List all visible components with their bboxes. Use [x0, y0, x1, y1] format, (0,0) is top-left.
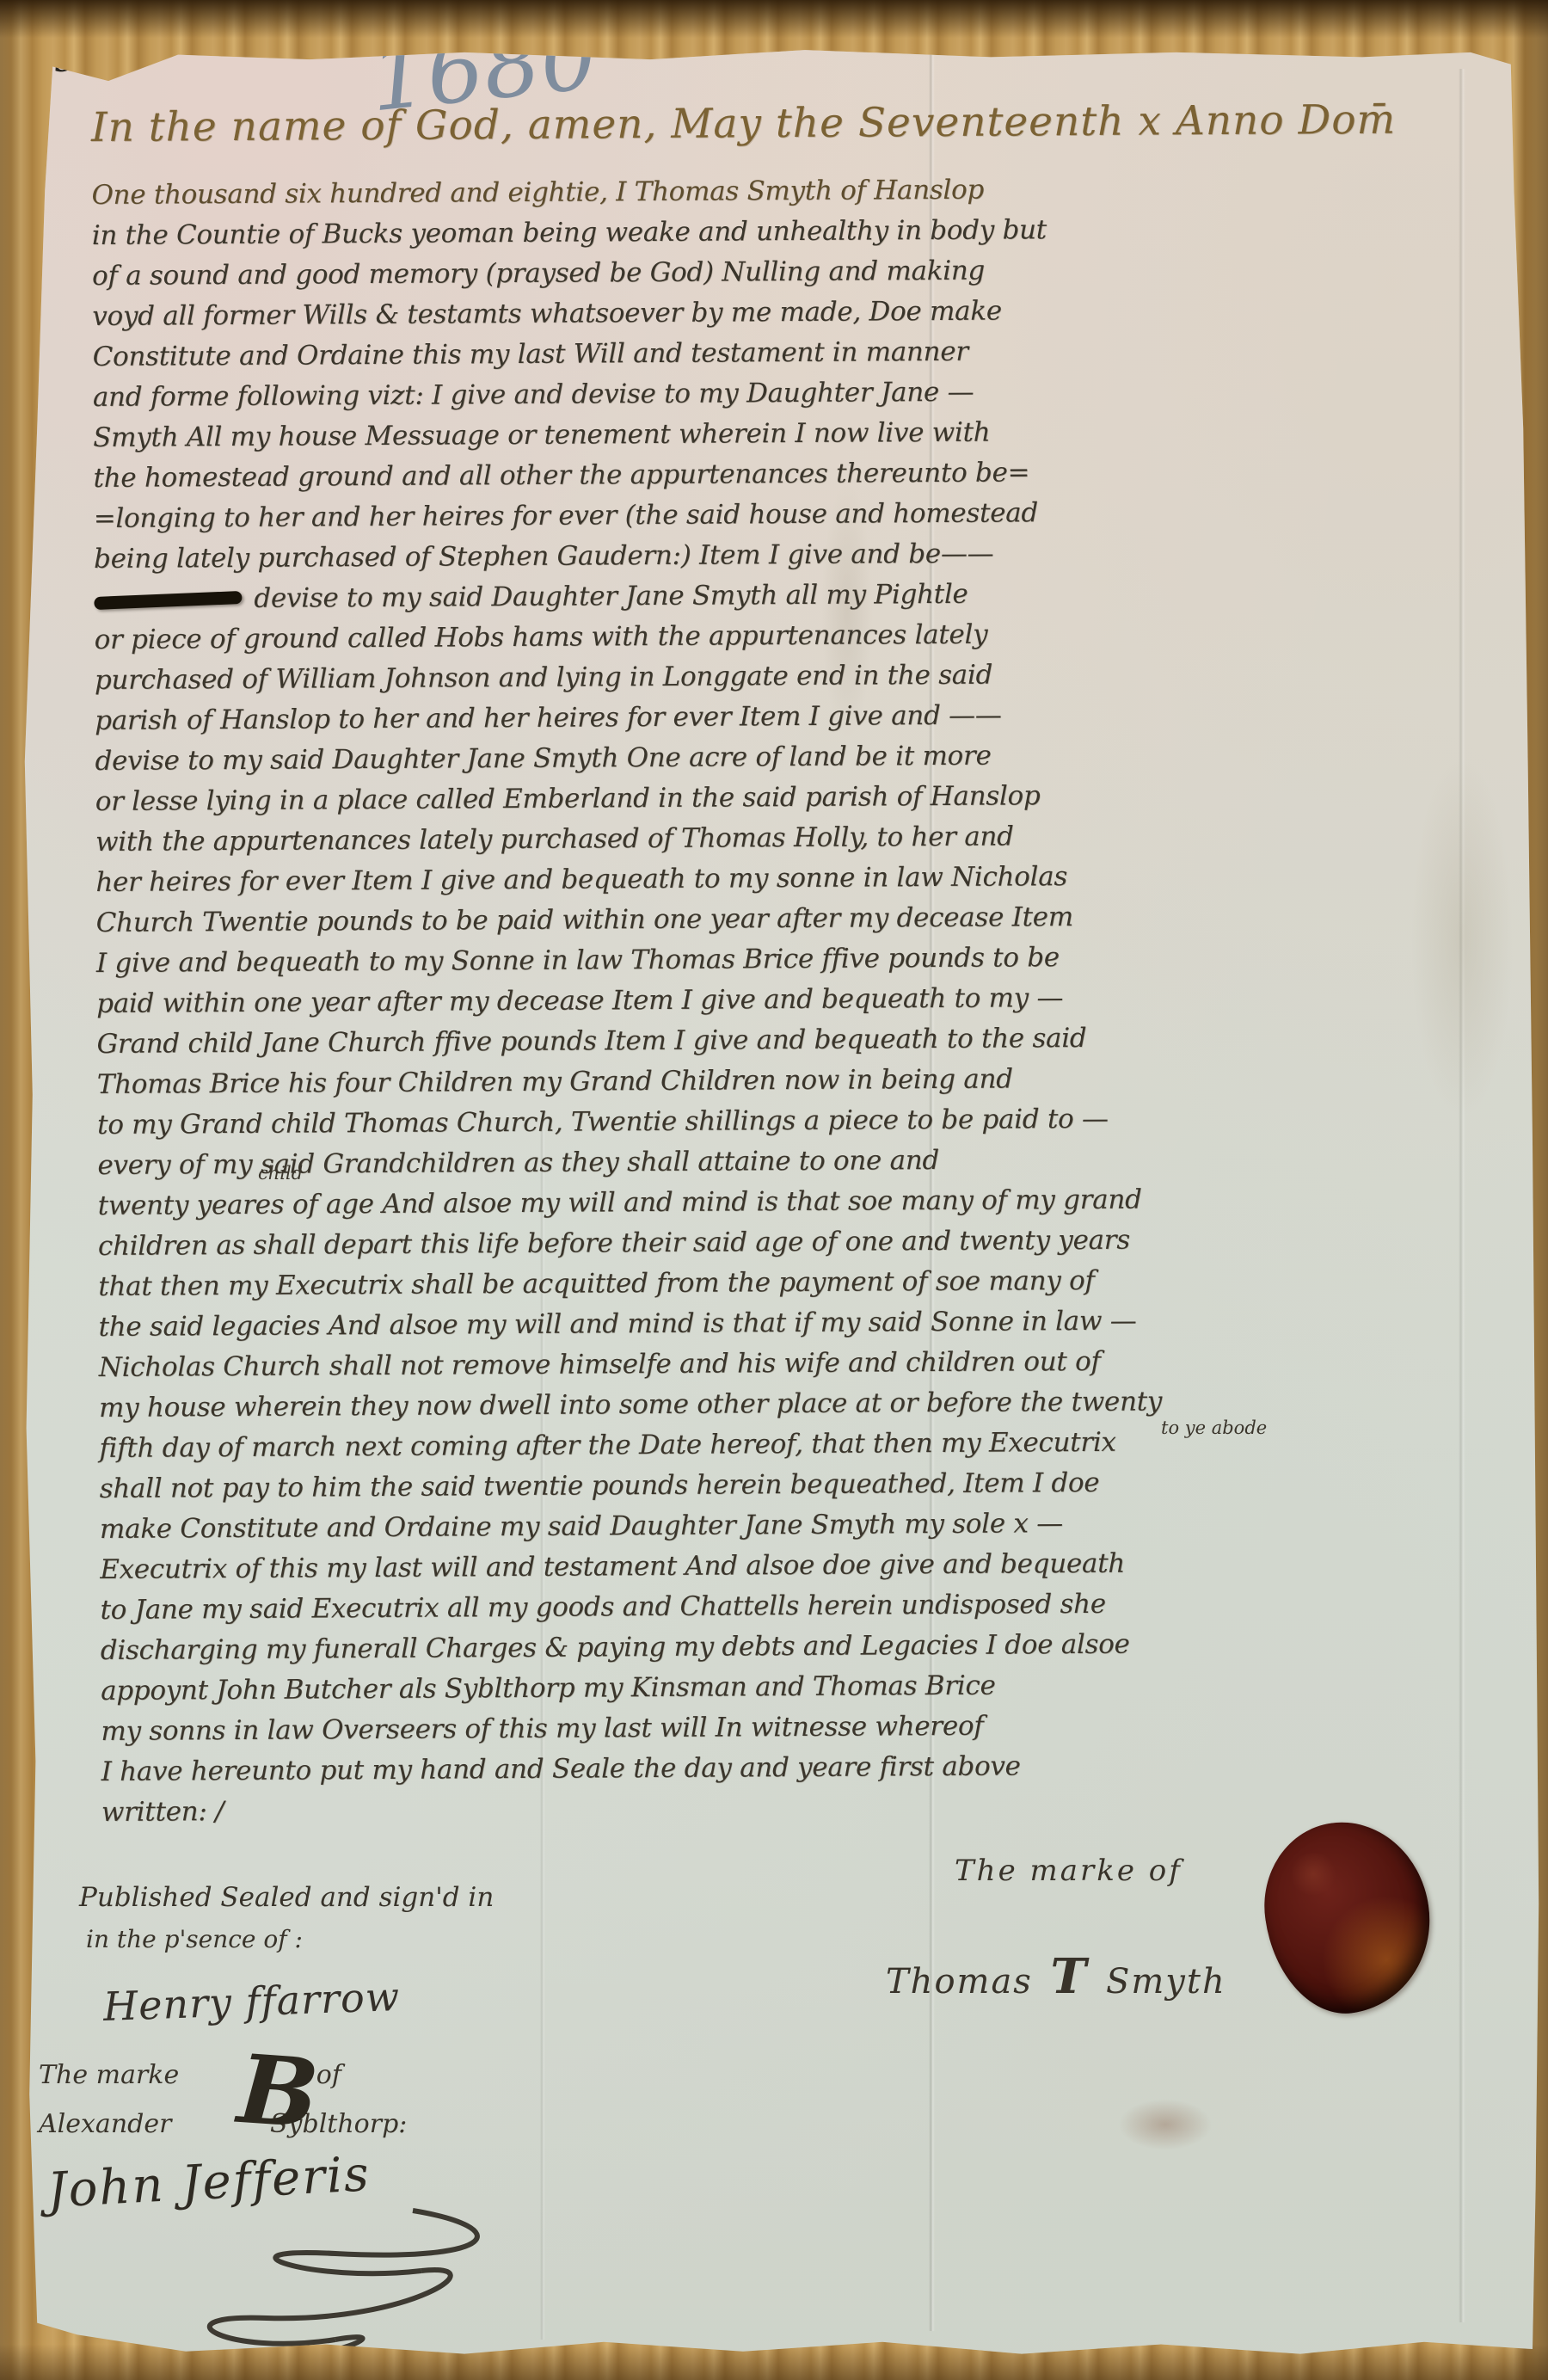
attestation-line: in the p'sence of :	[86, 1925, 494, 1953]
paper-stain	[1118, 2099, 1213, 2150]
signature-henry-farrow: Henry ffarrow	[102, 1973, 401, 2030]
manuscript-paper: 35: 1680 In the name of God, amen, May t…	[0, 0, 1548, 2380]
attestation-block: Published Sealed and sign'd in in the p'…	[79, 1882, 494, 1953]
interlineation-abode: to ye abode	[1161, 1418, 1267, 1438]
will-text-block: In the name of God, amen, May the Sevent…	[91, 95, 1512, 1837]
testator-last-name: Smyth	[1106, 1962, 1226, 2002]
mark-intro-text: The marke	[39, 2060, 179, 2090]
witness-mark-block: The marke of Alexander Syblthorp: B	[39, 2060, 520, 2139]
manuscript-line: In the name of God, amen, May the Sevent…	[91, 95, 1502, 180]
witness-first-name: Alexander	[39, 2109, 171, 2139]
alexander-syblthorp-mark: B	[235, 2042, 321, 2142]
testator-first-name: Thomas	[886, 1962, 1033, 2002]
thomas-smyth-mark: T	[1046, 1948, 1094, 2005]
interlineation-child: child	[258, 1163, 303, 1184]
manuscript-line: written: /	[101, 1788, 1512, 1837]
attestation-line: Published Sealed and sign'd in	[79, 1882, 494, 1913]
